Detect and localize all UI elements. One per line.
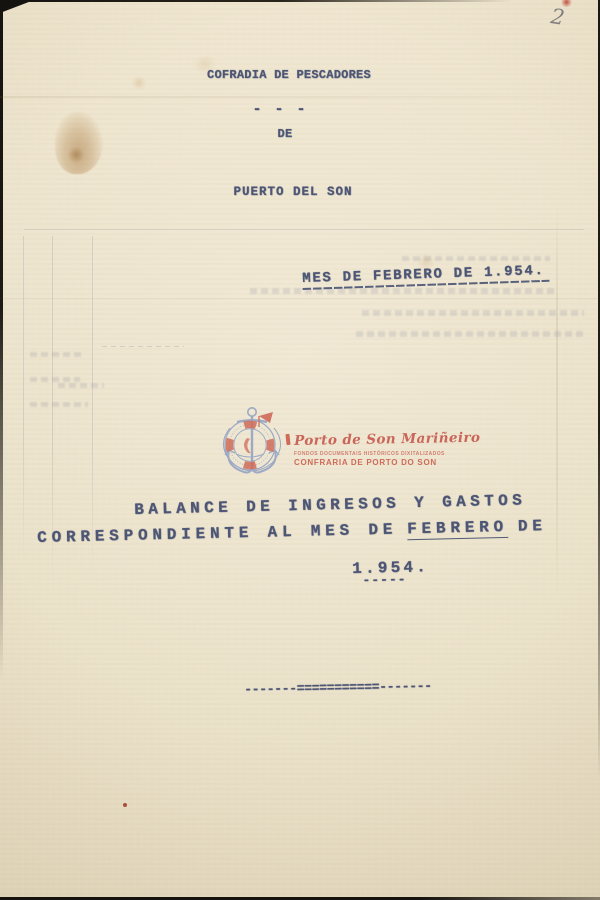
bleedthrough-text — [30, 352, 84, 357]
bleedthrough-text — [250, 288, 558, 294]
date-heading-block: MES DE FEBRERO DE 1.954. — [302, 263, 549, 290]
watermark-subtitle: FONDOS DOCUMENTAIS HISTÓRICOS DIXITALIZA… — [294, 451, 470, 457]
watermark-org-name: CONFRARIA DE PORTO DO SON — [294, 458, 470, 467]
letterhead-org-name: COFRADIA DE PESCADORES — [0, 66, 589, 86]
bleedthrough-rule — [23, 236, 24, 566]
paper-crease — [0, 298, 600, 299]
bleedthrough-text — [30, 377, 80, 382]
balance-title-line2-suffix: DE — [518, 517, 547, 536]
watermark-text-block: Porto de Son Mariñeiro FONDOS DOCUMENTAI… — [294, 433, 470, 467]
letterhead-divider: - - - — [0, 101, 600, 118]
red-ink-dot — [123, 803, 127, 807]
bleedthrough-text — [30, 402, 88, 407]
letterhead-de: DE — [0, 125, 585, 145]
anchor-lifering-icon — [210, 403, 295, 487]
bleedthrough-rule — [102, 346, 184, 347]
bleedthrough-text — [58, 383, 104, 388]
scanned-document-page: 2 COFRADIA DE PESCADORES DE PUERTO DEL S… — [0, 0, 600, 900]
watermark-title: Porto de Son Mariñeiro — [294, 430, 470, 449]
archive-watermark: Porto de Son Mariñeiro FONDOS DOCUMENTAI… — [210, 403, 470, 487]
letterhead-town: PUERTO DEL SON — [0, 183, 593, 203]
balance-title-line2: CORRESPONDIENTE AL MES DEFEBRERODE — [37, 517, 547, 547]
balance-title-line1: BALANCE DE INGRESOS Y GASTOS — [134, 491, 526, 519]
letterhead-divider-dashes: - - - — [252, 101, 307, 118]
paper-fold — [556, 200, 558, 600]
balance-title-year-block: 1.954. ----- — [352, 558, 429, 588]
bleedthrough-text — [356, 331, 584, 337]
letterhead: COFRADIA DE PESCADORES DE PUERTO DEL SON — [0, 27, 600, 242]
bleedthrough-text — [402, 256, 550, 261]
scan-edge-top — [0, 0, 512, 2]
balance-title-month-underlined: FEBRERO — [407, 518, 508, 540]
bleedthrough-text — [362, 310, 584, 316]
scan-corner-top-left — [0, 0, 34, 13]
footer-separator: -------===========------- — [244, 678, 432, 697]
